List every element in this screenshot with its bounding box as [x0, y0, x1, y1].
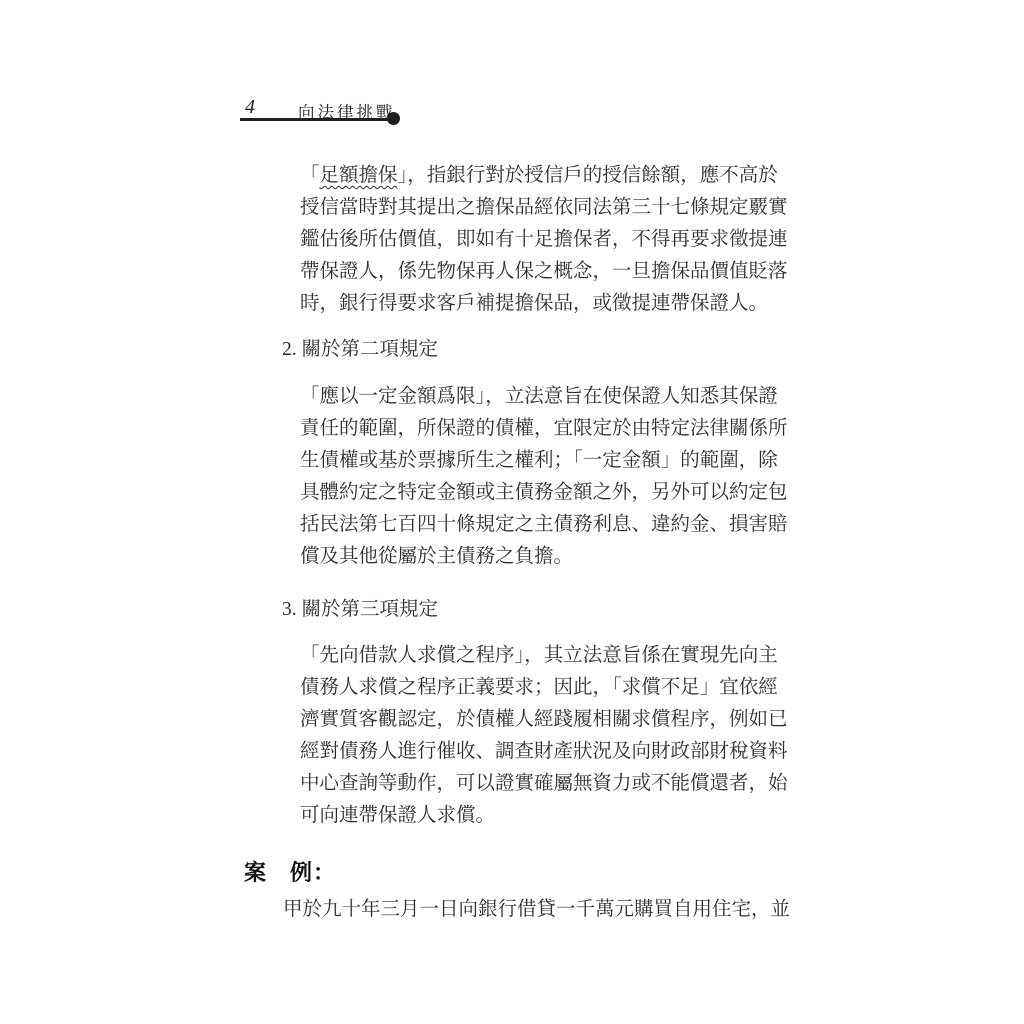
header-rule: [240, 118, 399, 121]
text-line: 帶保證人，係先物保再人保之概念，一旦擔保品價值貶落: [300, 256, 800, 288]
page-number: 4: [245, 96, 255, 119]
text-line-rest: 」，指銀行對於授信戶的授信餘額，應不高於: [398, 165, 778, 186]
text-line: 「先向借款人求償之程序」，其立法意旨係在實現先向主: [300, 640, 800, 672]
text-line: 鑑估後所估價值，即如有十足擔保者，不得再要求徵提連: [300, 224, 800, 256]
text-line: 生債權或基於票據所生之權利；「一定金額」的範圍，除: [300, 445, 800, 477]
text-line: 甲於九十年三月一日向銀行借貸一千萬元購買自用住宅，並: [283, 894, 803, 926]
open-bracket: 「: [300, 165, 320, 186]
text-line: 括民法第七百四十條規定之主債務利息、違約金、損害賠: [300, 509, 800, 541]
header-dot-icon: [387, 112, 400, 125]
underlined-term: 足額擔保: [320, 165, 398, 186]
text-line: 中心查詢等動作，可以證實確屬無資力或不能償還者，始: [300, 768, 800, 800]
section-heading-3: 3. 關於第三項規定: [282, 594, 438, 626]
text-line: 「應以一定金額爲限」，立法意旨在使保證人知悉其保證: [300, 381, 800, 413]
case-heading: 案 例：: [244, 857, 336, 889]
text-line: 授信當時對其提出之擔保品經依同法第三十七條規定覈實: [300, 192, 800, 224]
section-heading-2: 2. 關於第二項規定: [282, 334, 438, 366]
text-line: 經對債務人進行催收、調查財產狀況及向財政部財稅資料: [300, 736, 800, 768]
text-line: 可向連帶保證人求償。: [300, 800, 800, 832]
text-line: 債務人求償之程序正義要求；因此，「求償不足」宜依經: [300, 672, 800, 704]
text-line: 「足額擔保」，指銀行對於授信戶的授信餘額，應不高於: [300, 160, 800, 192]
text-line: 具體約定之特定金額或主債務金額之外，另外可以約定包: [300, 477, 800, 509]
paragraph-3: 「先向借款人求償之程序」，其立法意旨係在實現先向主 債務人求償之程序正義要求；因…: [300, 640, 800, 832]
case-paragraph: 甲於九十年三月一日向銀行借貸一千萬元購買自用住宅，並: [283, 894, 803, 926]
paragraph-2: 「應以一定金額爲限」，立法意旨在使保證人知悉其保證 責任的範圍，所保證的債權，宜…: [300, 381, 800, 573]
book-page: 4 向法律挑戰 「足額擔保」，指銀行對於授信戶的授信餘額，應不高於 授信當時對其…: [0, 0, 1024, 1024]
text-line: 責任的範圍，所保證的債權，宜限定於由特定法律關係所: [300, 413, 800, 445]
text-line: 時，銀行得要求客戶補提擔保品，或徵提連帶保證人。: [300, 288, 800, 320]
text-line: 償及其他從屬於主債務之負擔。: [300, 541, 800, 573]
text-line: 濟實質客觀認定，於債權人經踐履相關求償程序，例如已: [300, 704, 800, 736]
paragraph-1: 「足額擔保」，指銀行對於授信戶的授信餘額，應不高於 授信當時對其提出之擔保品經依…: [300, 160, 800, 320]
